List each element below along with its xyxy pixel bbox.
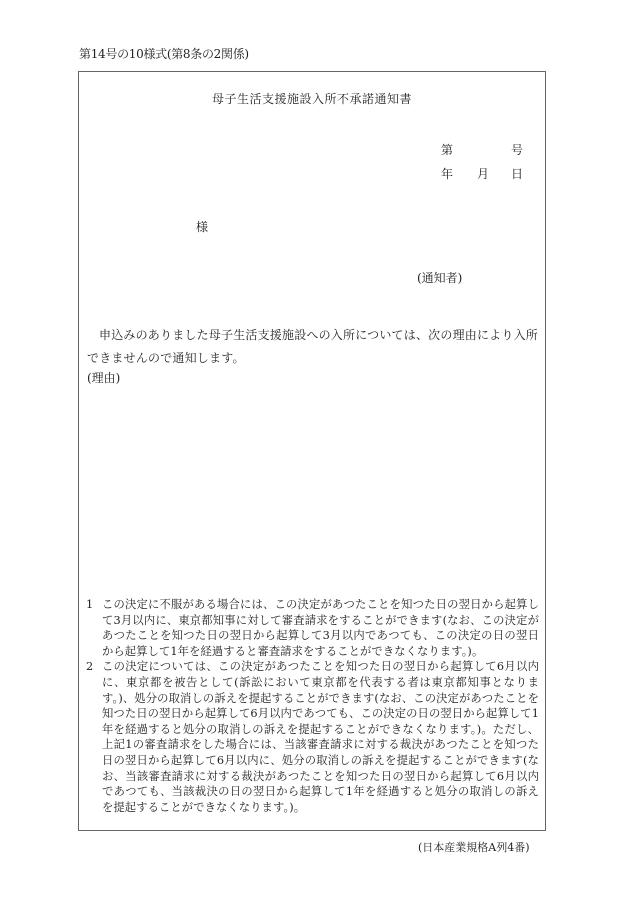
appeal-notes: 1 この決定に不服がある場合には、この決定があつたことを知つた日の翌日から起算し… [86, 597, 539, 815]
form-identifier: 第14号の10様式(第8条の2関係) [79, 45, 249, 62]
document-number-block: 第 号 年 月 日 [441, 141, 523, 189]
recipient-line: 様 [196, 218, 208, 235]
note-item: 1 この決定に不服がある場合には、この決定があつたことを知つた日の翌日から起算し… [86, 597, 539, 659]
document-title: 母子生活支援施設入所不承諾通知書 [79, 90, 545, 107]
reason-text-area[interactable] [87, 390, 537, 590]
notice-frame: 母子生活支援施設入所不承諾通知書 第 号 年 月 日 様 (通知者) 申込みのあ… [78, 71, 546, 831]
notice-body: 申込みのありました母子生活支援施設への入所については、次の理由により入所 できま… [87, 324, 539, 370]
day-label: 日 [511, 165, 523, 189]
body-line-2: できませんので通知します。 [87, 347, 539, 370]
notifier-label: (通知者) [417, 269, 462, 286]
note-item: 2 この決定については、この決定があつたことを知つた日の翌日から起算して6月以内… [86, 659, 539, 815]
month-day-gap[interactable] [489, 165, 511, 189]
number-prefix: 第 [441, 141, 453, 165]
month-label: 月 [477, 165, 489, 189]
number-row: 第 号 [441, 141, 523, 165]
year-month-gap[interactable] [453, 165, 477, 189]
paper-size-spec: (日本産業規格A列4番) [418, 839, 530, 855]
note-text: この決定に不服がある場合には、この決定があつたことを知つた日の翌日から起算して3… [96, 597, 539, 659]
year-label: 年 [441, 165, 453, 189]
date-row: 年 月 日 [441, 165, 523, 189]
number-field[interactable] [453, 141, 511, 165]
reason-label: (理由) [87, 369, 120, 386]
body-line-1: 申込みのありました母子生活支援施設への入所については、次の理由により入所 [87, 324, 539, 347]
note-text: この決定については、この決定があつたことを知つた日の翌日から起算して6月以内に、… [96, 659, 539, 815]
recipient-honorific: 様 [196, 220, 208, 234]
number-suffix: 号 [511, 141, 523, 165]
